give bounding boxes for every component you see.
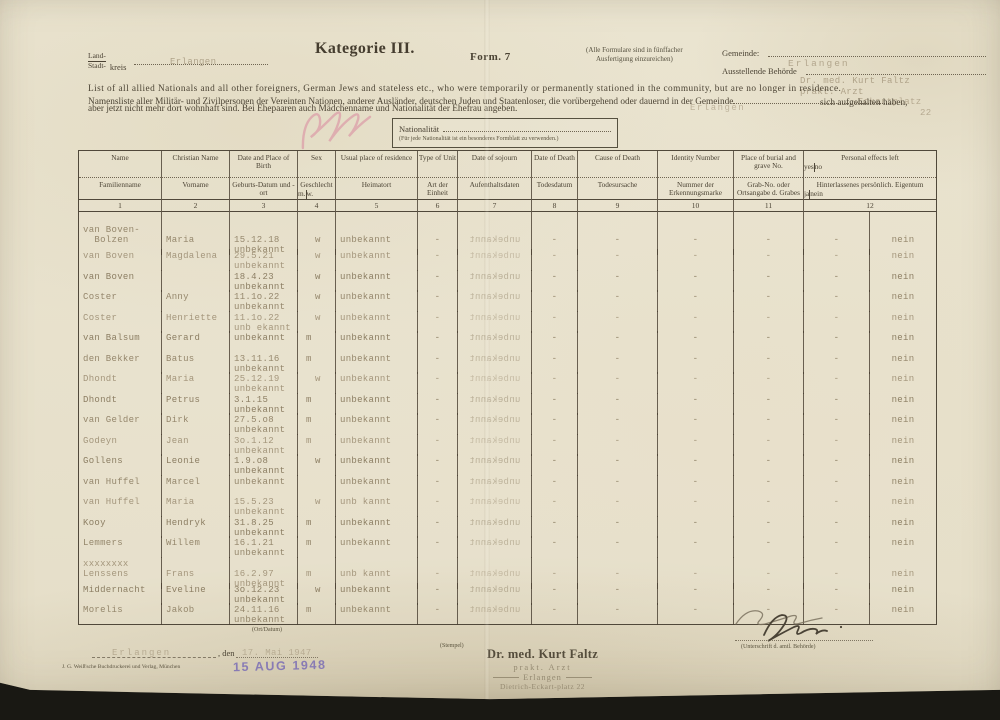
cell-sojourn: unbekannt [457,270,531,292]
cell-name: Kooy [79,516,161,538]
cell-identity: - [657,413,733,435]
cell-vorname: Petrus [161,393,229,415]
birth-date: 3o.12.23 [234,585,297,595]
name-line: Godeyn [83,436,161,446]
cell-name: van Gelder [79,413,161,435]
birth-date: 24.11.16 [234,605,297,615]
cell-effects-ja: - [803,495,869,517]
cell-identity: - [657,249,733,271]
cell-unit: - [417,495,457,517]
sojourn-bleed-text: unbekannt [469,415,520,425]
cell-death-date: - [531,331,577,352]
cell-sojourn: unbekannt [457,434,531,456]
table-row: GodeynJean3o.1.12unbekanntmunbekannt-unb… [79,434,936,455]
cell-unit: - [417,331,457,352]
cell-residence: unbekannt [335,290,417,312]
table-row: van BalsumGerardunbekanntmunbekannt-unbe… [79,331,936,352]
cell-unit: - [417,434,457,456]
cell-death-cause: - [577,434,657,456]
sex-m-w-right: w. [306,190,314,198]
birth-date: 15.12.18 [234,235,297,245]
effects-yes-no-right: no [814,163,822,171]
column-header-de-4: Geschlechtm.w. [297,178,335,200]
stamp-rule-right [566,677,592,678]
cell-sex: m [297,413,335,435]
name-line: van Boven- [83,225,161,235]
name-line: den Bekker [83,354,161,364]
cell-vorname: Maria [161,372,229,394]
persons-table: NameChristian NameDate and Place of Birt… [78,150,937,625]
cell-vorname [161,270,229,292]
column-header-de-2: Vorname [161,178,229,200]
cell-burial: - [733,495,803,517]
cell-effects-ja: - [803,270,869,292]
sojourn-bleed-text: unbekannt [469,497,520,507]
cell-birth: 31.8.25unbekannt [229,516,297,538]
footer-place-line [92,657,216,658]
signature-label: (Unterschrift d. amtl. Behörde) [741,644,815,650]
cell-effects-ja: - [803,331,869,352]
column-number-6: 6 [417,200,457,212]
cell-effects-ja: - [803,413,869,435]
spacer-cell [161,212,229,223]
column-number-9: 9 [577,200,657,212]
table-row: DhondtPetrus3.1.15unbekanntmunbekannt-un… [79,393,936,414]
spacer-cell [803,212,869,223]
cell-effects-ja: - [803,434,869,456]
cell-effects-ja: - [803,311,869,333]
spacer-cell [79,212,161,223]
cell-effects-nein: nein [869,454,936,476]
cell-death-date: - [531,495,577,517]
sojourn-bleed-text: unbekannt [469,333,520,343]
cell-sojourn: unbekannt [457,290,531,312]
cell-identity: - [657,516,733,538]
sojourn-bleed-text: unbekannt [469,585,520,595]
column-header-de-label: Hinterlassenes persönlich. Eigentum [804,181,936,189]
sojourn-bleed-text: unbekannt [469,538,520,548]
cell-effects-ja: - [803,352,869,374]
name-line: Gollens [83,456,161,466]
table-header: NameChristian NameDate and Place of Birt… [79,151,936,212]
gemeinde-typed-value: Erlangen [788,58,850,69]
cell-vorname: Magdalena [161,249,229,271]
cell-residence: unbekannt [335,331,417,352]
cell-residence: unbekannt [335,536,417,558]
cell-unit: - [417,475,457,496]
name-line: xxxxxxxx [83,559,161,569]
birth-date: 27.5.o8 [234,415,297,425]
sojourn-bleed-text: unbekannt [469,518,520,528]
cell-death-date: - [531,434,577,456]
cell-effects-ja: - [803,249,869,271]
received-date-stamp: 15 AUG 1948 [233,658,327,674]
cell-identity: - [657,583,733,605]
name-line: van Boven [83,272,161,282]
cell-unit: - [417,583,457,605]
sojourn-bleed-text: unbekannt [469,605,520,615]
effects-yes-no-left: yes [804,163,814,171]
cell-vorname: Jean [161,434,229,456]
column-header-en-3: Date and Place of Birth [229,151,297,178]
cell-sojourn: unbekannt [457,393,531,415]
cell-vorname: Leonie [161,454,229,476]
cell-sojourn: unbekannt [457,249,531,271]
cell-identity: - [657,372,733,394]
name-line: Bolzen [83,235,161,245]
cell-residence: unbekannt [335,311,417,333]
column-header-en-7: Date of sojourn [457,151,531,178]
name-line: Coster [83,292,161,302]
cell-residence: unbekannt [335,454,417,476]
cell-sex: m [297,603,335,625]
cell-burial: - [733,516,803,538]
table-row: xxxxxxxxLenssensFrans16.2.97unbekanntmun… [79,557,936,583]
nationality-dotted-line [443,122,611,132]
cell-sojourn: unbekannt [457,372,531,394]
column-header-en-11: Place of burial and grave No. [733,151,803,178]
cell-effects-nein: nein [869,413,936,435]
cell-effects-ja: - [803,516,869,538]
cell-residence: unbekannt [335,434,417,456]
cell-unit: - [417,352,457,374]
cell-residence: unbekannt [335,413,417,435]
table-row: GollensLeonie1.9.o8unbekanntwunbekannt-u… [79,454,936,475]
cell-name: van Huffel [79,495,161,517]
sojourn-bleed-text: unbekannt [469,436,520,446]
column-number-7: 7 [457,200,531,212]
name-line: van Boven [83,251,161,261]
cell-birth: unbekannt [229,331,297,352]
cell-sojourn: unbekannt [457,311,531,333]
cell-birth: 1.9.o8unbekannt [229,454,297,476]
cell-unit: - [417,603,457,625]
gemeinde-dotted-line [768,56,986,57]
column-header-de-5: Heimatort [335,178,417,200]
cell-burial: - [733,331,803,352]
column-header-de-10: Nummer der Erkennungsmarke [657,178,733,200]
column-number-8: 8 [531,200,577,212]
cell-sex: m [297,331,335,352]
cell-burial: - [733,434,803,456]
cell-sojourn: unbekannt [457,413,531,435]
page-title: Kategorie III. [315,40,415,58]
cell-sojourn: unbekannt [457,352,531,374]
name-line: Kooy [83,518,161,528]
cell-death-date: - [531,454,577,476]
cell-vorname: Jakob [161,603,229,625]
cell-death-date: - [531,603,577,625]
handwritten-annotation-red [291,99,390,157]
doctor-stamp-city: Erlangen [523,672,562,682]
cell-death-cause: - [577,454,657,476]
doctor-stamp-name: Dr. med. Kurt Faltz [455,647,630,662]
cell-name: Lemmers [79,536,161,558]
table-row: van BovenMagdalena29.5.21unbekanntwunbek… [79,249,936,270]
cell-sojourn: unbekannt [457,583,531,605]
column-header-de-12: Hinterlassenes persönlich. Eigentumjanei… [803,178,936,200]
cell-residence: unbekannt [335,603,417,625]
column-number-10: 10 [657,200,733,212]
spacer-cell [335,212,417,223]
cell-death-cause: - [577,393,657,415]
table-row: van HuffelMarcelunbekanntunbekannt-unbek… [79,475,936,496]
cell-unit: - [417,393,457,415]
intro-de-continuation: sich aufgehalten haben, [820,98,908,108]
table-row: van Boven- BolzenMaria15.12.18unbekanntw… [79,223,936,249]
behoerde-dotted-line [806,74,986,75]
cell-identity: - [657,603,733,625]
cell-identity: - [657,290,733,312]
cell-effects-nein: nein [869,270,936,292]
cell-birth: 3o.1.12unbekannt [229,434,297,456]
cell-death-date: - [531,393,577,415]
ort-datum-label: (Ort/Datum) [252,627,282,633]
cell-unit: - [417,536,457,558]
cell-death-cause: - [577,603,657,625]
doctor-stamp-title: prakt. Arzt [455,662,630,672]
name-line: van Huffel [83,497,161,507]
column-header-en-label: Personal effects left [804,154,936,162]
name-line: Coster [83,313,161,323]
cell-effects-nein: nein [869,352,936,374]
birth-date: 18.4.23 [234,272,297,282]
cell-effects-nein: nein [869,372,936,394]
cell-death-date: - [531,372,577,394]
spacer-cell [657,212,733,223]
cell-name: van Boven [79,270,161,292]
kreis-stadt-label: Stadt- [88,61,106,70]
column-header-en-8: Date of Death [531,151,577,178]
sojourn-bleed-text: unbekannt [469,354,520,364]
name-line: van Balsum [83,333,161,343]
cell-birth: 11.1o.22unb ekannt [229,311,297,333]
cell-sex: m [297,536,335,558]
effects-ja-nein-right: nein [809,190,823,198]
cell-birth: 16.1.21unbekannt [229,536,297,558]
cell-sojourn: unbekannt [457,495,531,517]
cell-sex: w [297,270,335,292]
cell-sojourn: unbekannt [457,516,531,538]
paper-sheet: Land-Stadt- kreis Erlangen Kategorie III… [0,0,1000,712]
cell-identity: - [657,393,733,415]
stamp-rule-left [493,677,519,678]
cell-burial: - [733,311,803,333]
cell-name: van Balsum [79,331,161,352]
cell-vorname: Dirk [161,413,229,435]
name-line: van Huffel [83,477,161,487]
cell-effects-nein: nein [869,311,936,333]
cell-residence: unbekannt [335,475,417,496]
birth-date: 25.12.19 [234,374,297,384]
doctor-stamp-address: Dietrich-Eckart-platz 22 [455,682,630,691]
table-row: van Boven18.4.23unbekanntwunbekannt-unbe… [79,270,936,291]
spacer-cell [531,212,577,223]
effects-ja-nein: janein [804,190,936,198]
cell-effects-ja: - [803,372,869,394]
cell-residence: unb kannt [335,495,417,517]
name-line: Morelis [83,605,161,615]
cell-death-cause: - [577,270,657,292]
cell-death-date: - [531,290,577,312]
cell-name: van Huffel [79,475,161,496]
cell-vorname: Anny [161,290,229,312]
cell-identity: - [657,434,733,456]
cell-sex: m [297,434,335,456]
column-header-de-7: Aufenthaltsdaten [457,178,531,200]
sojourn-bleed-text: unbekannt [469,569,520,579]
cell-unit: - [417,454,457,476]
spacer-cell [297,212,335,223]
cell-birth: 3.1.15unbekannt [229,393,297,415]
cell-sex: w [297,495,335,517]
column-header-en-12: Personal effects leftyesno [803,151,936,178]
cell-identity: - [657,311,733,333]
cell-effects-nein: nein [869,516,936,538]
nationality-label: Nationalität [399,124,439,134]
den-label: , den [218,648,235,658]
cell-sojourn: unbekannt [457,475,531,496]
cell-effects-nein: nein [869,290,936,312]
column-header-de-8: Todesdatum [531,178,577,200]
table-row: CosterAnny11.1o.22unbekanntwunbekannt-un… [79,290,936,311]
table-row: van HuffelMaria15.5.23unbekanntwunb kann… [79,495,936,516]
cell-effects-nein: nein [869,393,936,415]
cell-vorname: Eveline [161,583,229,605]
cell-sex: w [297,249,335,271]
cell-birth: 18.4.23unbekannt [229,270,297,292]
cell-effects-nein: nein [869,249,936,271]
column-number-3: 3 [229,200,297,212]
name-line: Lemmers [83,538,161,548]
sojourn-bleed-text: unbekannt [469,251,520,261]
cell-sex [297,475,335,496]
cell-burial: - [733,413,803,435]
cell-sex: m [297,516,335,538]
cell-identity: - [657,270,733,292]
cell-unit: - [417,372,457,394]
kreis-field: Land-Stadt- kreis [88,52,126,73]
cell-burial: - [733,536,803,558]
sex-m-w-left: m. [298,190,306,198]
cell-birth: 25.12.19unbekannt [229,372,297,394]
table-row: CosterHenriette11.1o.22unb ekanntwunbeka… [79,311,936,332]
table-row: den BekkerBatus13.11.16unbekanntmunbekan… [79,352,936,373]
cell-sex: m [297,352,335,374]
cell-identity: - [657,352,733,374]
cell-name: Godeyn [79,434,161,456]
column-header-de-label: Geschlecht [298,181,335,189]
column-header-en-4: Sex [297,151,335,178]
column-header-en-6: Type of Unit [417,151,457,178]
birth-date: 13.11.16 [234,354,297,364]
intro-de-typed-value: Erlangen [690,103,745,113]
name-line: van Gelder [83,415,161,425]
cell-vorname: Marcel [161,475,229,496]
birth-date: 11.1o.22 [234,292,297,302]
cell-death-cause: - [577,516,657,538]
cell-birth: 24.11.16unbekannt [229,603,297,625]
cell-effects-nein: nein [869,495,936,517]
cell-sex: w [297,372,335,394]
birth-date: 3o.1.12 [234,436,297,446]
cell-sex: w [297,290,335,312]
column-header-en-2: Christian Name [161,151,229,178]
table-row: DhondtMaria25.12.19unbekanntwunbekannt-u… [79,372,936,393]
cell-residence: unbekannt [335,270,417,292]
birth-date: 31.8.25 [234,518,297,528]
column-header-de-9: Todesursache [577,178,657,200]
name-line: Lenssens [83,569,161,579]
cell-birth: 11.1o.22unbekannt [229,290,297,312]
cell-birth: 3o.12.23unbekannt [229,583,297,605]
nationality-note: (Für jede Nationalität ist ein besondere… [399,136,611,142]
cell-death-cause: - [577,290,657,312]
cell-vorname: Gerard [161,331,229,352]
spacer-cell [869,212,936,223]
cell-name: Morelis [79,603,161,625]
cell-burial: - [733,475,803,496]
cell-death-cause: - [577,495,657,517]
cell-sex: m [297,393,335,415]
sojourn-bleed-text: unbekannt [469,456,520,466]
cell-effects-nein: nein [869,434,936,456]
cell-residence: unbekannt [335,372,417,394]
column-number-12: 12 [803,200,936,212]
cell-effects-ja: - [803,454,869,476]
spacer-cell [733,212,803,223]
printer-imprint: J. G. Weiß'sche Buchdruckerei und Verlag… [62,664,180,670]
column-header-de-6: Art der Einheit [417,178,457,200]
cell-vorname: Henriette [161,311,229,333]
cell-unit: - [417,270,457,292]
table-row: KooyHendryk31.8.25unbekanntmunbekannt-un… [79,516,936,537]
cell-vorname: Willem [161,536,229,558]
column-number-2: 2 [161,200,229,212]
cell-unit: - [417,290,457,312]
column-number-4: 4 [297,200,335,212]
cell-effects-ja: - [803,393,869,415]
cell-name: Gollens [79,454,161,476]
cell-identity: - [657,454,733,476]
cell-burial: - [733,352,803,374]
sex-m-w: m.w. [298,190,335,198]
spacer-cell [457,212,531,223]
cell-identity: - [657,475,733,496]
cell-death-cause: - [577,352,657,374]
cell-death-date: - [531,249,577,271]
kreis-suffix-label: kreis [110,62,127,72]
cell-death-date: - [531,475,577,496]
nationality-box: Nationalität (Für jede Nationalität ist … [392,118,618,148]
cell-identity: - [657,536,733,558]
form-number: Form. 7 [470,51,511,63]
cell-sex: w [297,454,335,476]
signature-line [735,640,873,641]
cell-name: den Bekker [79,352,161,374]
table-row [79,212,936,223]
cell-unit: - [417,413,457,435]
column-header-de-11: Grab-No. oder Ortsangabe d. Grabes [733,178,803,200]
cell-unit: - [417,516,457,538]
cell-birth: 27.5.o8unbekannt [229,413,297,435]
spacer-cell [577,212,657,223]
birth-place: unbekannt [234,615,297,625]
cell-burial: - [733,454,803,476]
kreis-fraction: Land-Stadt- [88,52,106,70]
sojourn-bleed-text: unbekannt [469,272,520,282]
cell-effects-ja: - [803,290,869,312]
